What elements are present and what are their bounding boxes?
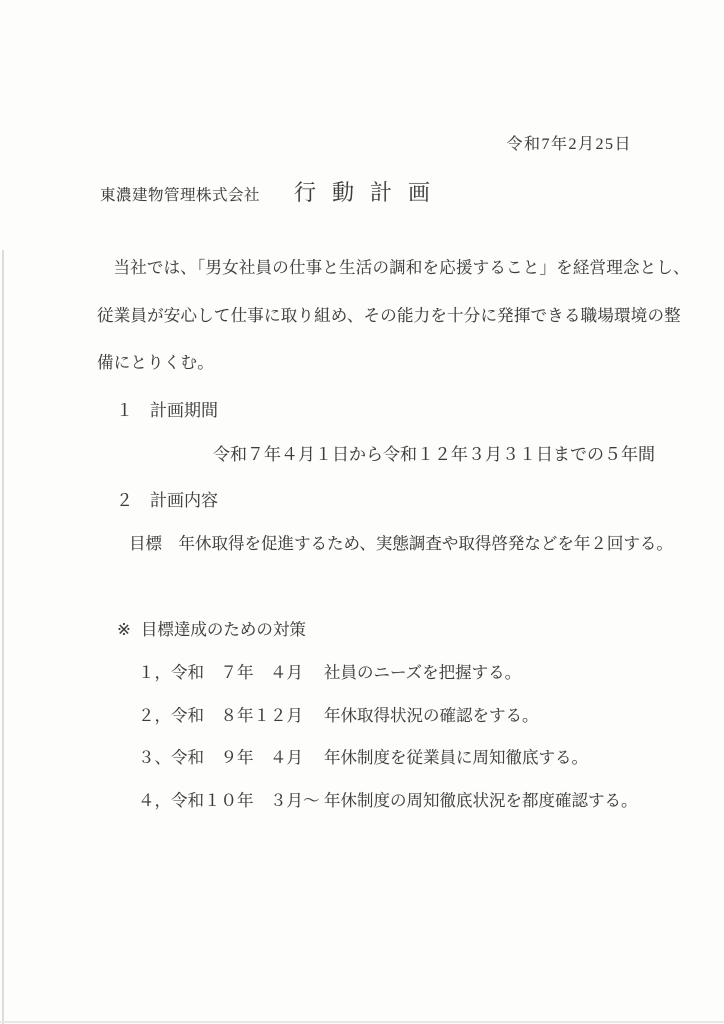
measures-heading-label: 目標達成のための対策 bbox=[141, 620, 306, 639]
company-name: 東濃建物管理株式会社 bbox=[100, 187, 260, 204]
scanned-document-page: 令和7年2月25日 東濃建物管理株式会社行動計画 当社では、「男女社員の仕事と生… bbox=[0, 0, 724, 1024]
measure-description: 年休制度を従業員に周知徹底する。 bbox=[324, 744, 588, 768]
intro-paragraph: 当社では、「男女社員の仕事と生活の調和を応援すること」を経営理念とし、 従業員が… bbox=[97, 254, 642, 397]
document-date: 令和7年2月25日 bbox=[506, 131, 632, 154]
section-1-heading: １ 計画期間 bbox=[116, 396, 218, 421]
measure-description: 年休制度の周知徹底状況を都度確認する。 bbox=[324, 787, 638, 811]
section-1-plan-period: 令和７年４月１日から令和１２年３月３１日までの５年間 bbox=[213, 440, 655, 465]
measure-row-4: ４，令和１０年 ３月～ 年休制度の周知徹底状況を都度確認する。 bbox=[138, 787, 638, 830]
scan-edge-artifact-left bbox=[2, 250, 4, 1024]
document-header: 東濃建物管理株式会社行動計画 bbox=[100, 176, 640, 207]
measure-period: ３、令和 ９年 ４月 bbox=[138, 744, 324, 768]
measure-description: 社員のニーズを把握する。 bbox=[324, 659, 521, 683]
measure-period: ４，令和１０年 ３月～ bbox=[138, 787, 324, 811]
measure-row-1: １，令和 ７年 ４月 社員のニーズを把握する。 bbox=[138, 659, 638, 702]
measures-heading: ※目標達成のための対策 bbox=[117, 616, 306, 640]
reference-mark: ※ bbox=[117, 620, 131, 639]
measure-period: １，令和 ７年 ４月 bbox=[138, 659, 324, 683]
measures-list: １，令和 ７年 ４月 社員のニーズを把握する。 ２，令和 ８年１２月 年休取得状… bbox=[138, 659, 638, 830]
scan-edge-artifact-bottom bbox=[0, 1021, 724, 1023]
intro-line-2: 従業員が安心して仕事に取り組め、その能力を十分に発揮できる職場環境の整 bbox=[97, 302, 642, 350]
intro-line-1: 当社では、「男女社員の仕事と生活の調和を応援すること」を経営理念とし、 bbox=[97, 254, 642, 302]
measure-row-2: ２，令和 ８年１２月 年休取得状況の確認をする。 bbox=[138, 702, 638, 745]
section-2-heading: ２ 計画内容 bbox=[116, 486, 218, 511]
measure-period: ２，令和 ８年１２月 bbox=[138, 702, 324, 726]
section-2-plan-goal: 目標 年休取得を促進するため、実態調査や取得啓発などを年２回する。 bbox=[129, 530, 673, 554]
document-title: 行動計画 bbox=[294, 180, 446, 205]
measure-row-3: ３、令和 ９年 ４月 年休制度を従業員に周知徹底する。 bbox=[138, 744, 638, 787]
intro-line-3: 備にとりくむ。 bbox=[97, 349, 642, 397]
measure-description: 年休取得状況の確認をする。 bbox=[324, 702, 539, 726]
